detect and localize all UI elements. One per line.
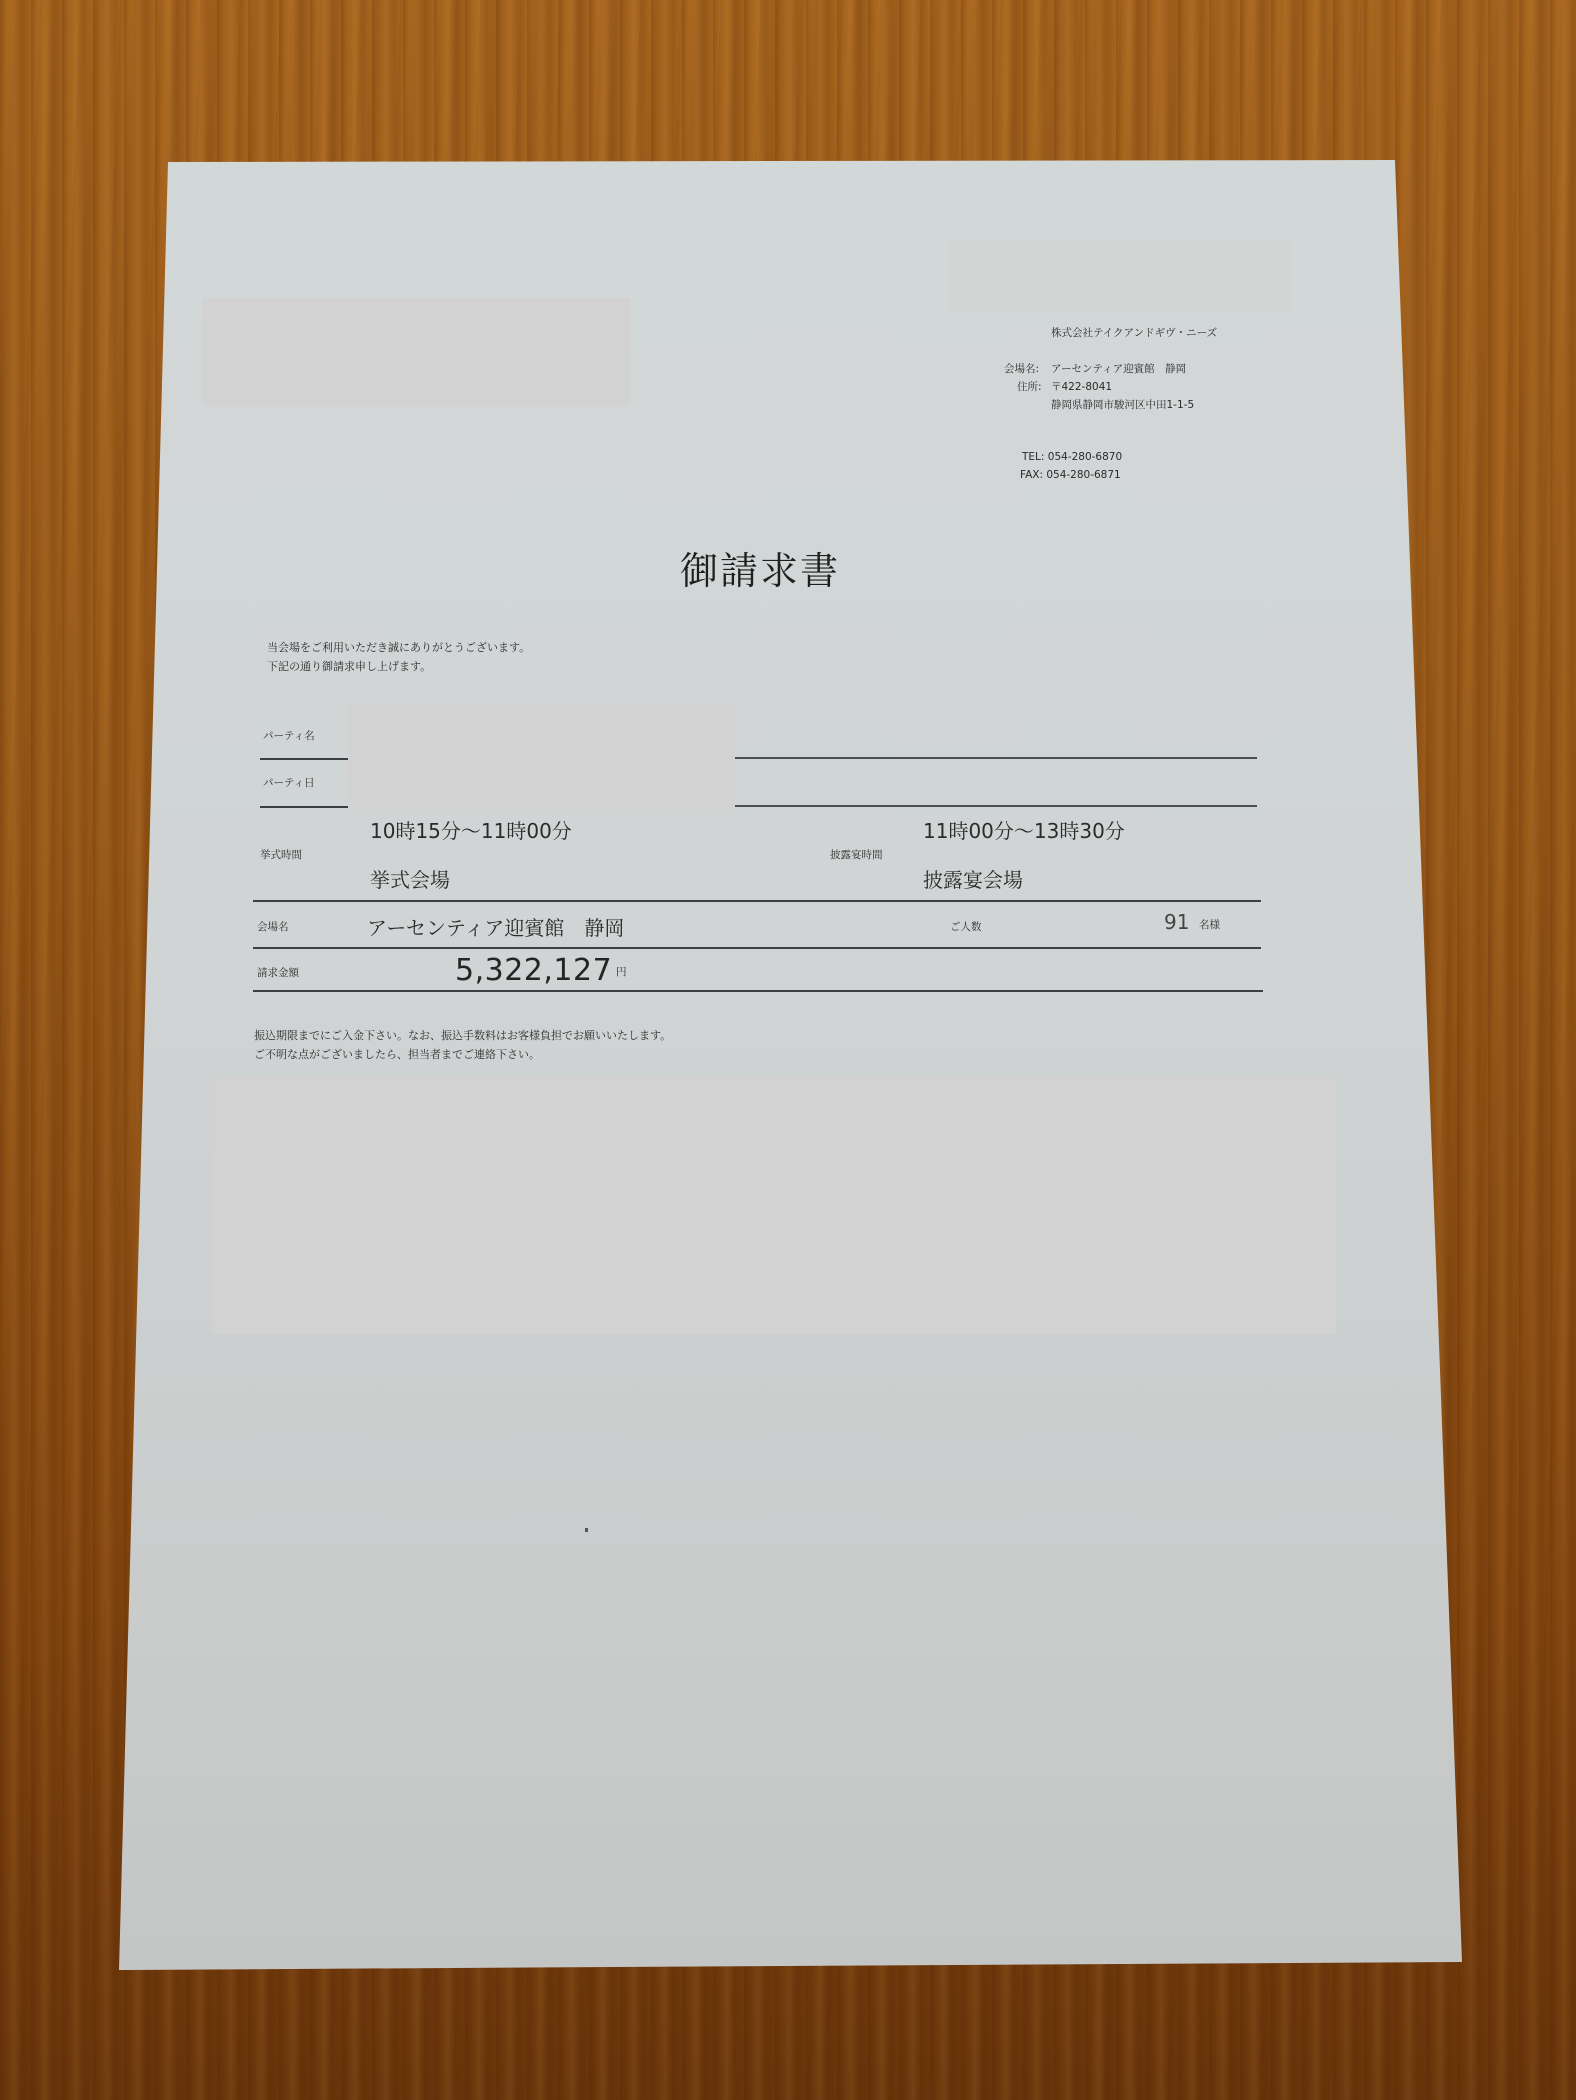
amount-label: 請求金額 xyxy=(257,965,299,980)
recipient-redaction xyxy=(203,298,630,405)
issuer-address: 静岡県静岡市駿河区中田1-1-5 xyxy=(1051,397,1194,412)
greeting-line-2: 下記の通り御請求申し上げます。 xyxy=(267,658,431,674)
guests-unit: 名様 xyxy=(1199,917,1220,932)
party-name-rule-right xyxy=(735,757,1257,759)
issuer-company: 株式会社テイクアンドギヴ・ニーズ xyxy=(1051,325,1217,340)
issuer-fax: FAX: 054-280-6871 xyxy=(1020,469,1121,481)
party-name-date-redaction xyxy=(347,705,735,810)
paper-speck xyxy=(585,1528,588,1532)
amount-unit: 円 xyxy=(616,964,627,979)
ceremony-time: 10時15分〜11時00分 xyxy=(370,815,572,844)
guests-count: 91 xyxy=(1164,910,1189,934)
reception-time-label: 披露宴時間 xyxy=(830,847,883,862)
issuer-address-label: 住所: xyxy=(1017,379,1042,394)
venue-rule xyxy=(253,947,1261,949)
party-date-rule-right xyxy=(735,805,1257,807)
bank-details-redaction xyxy=(212,1076,1336,1334)
venue-value: アーセンティア迎賓館 静岡 xyxy=(367,912,624,941)
reception-place: 披露宴会場 xyxy=(923,864,1023,893)
document-title: 御請求書 xyxy=(680,540,840,595)
party-date-rule-left xyxy=(260,806,348,808)
times-rule xyxy=(253,900,1261,902)
issuer-venue: アーセンティア迎賓館 静岡 xyxy=(1051,361,1186,376)
venue-label: 会場名 xyxy=(257,919,289,934)
ceremony-place: 挙式会場 xyxy=(370,864,450,893)
ceremony-time-label: 挙式時間 xyxy=(260,847,302,862)
note-line-2: ご不明な点がございましたら、担当者までご連絡下さい。 xyxy=(254,1046,540,1062)
issuer-postal-code: 〒422-8041 xyxy=(1051,379,1112,394)
greeting-line-1: 当会場をご利用いただき誠にありがとうございます。 xyxy=(267,639,530,655)
issuer-tel: TEL: 054-280-6870 xyxy=(1022,451,1122,463)
guests-label: ご人数 xyxy=(950,919,982,934)
reception-time: 11時00分〜13時30分 xyxy=(923,815,1125,844)
invoice-amount: 5,322,127 xyxy=(455,953,612,988)
invoice-document: 株式会社テイクアンドギヴ・ニーズ 会場名: アーセンティア迎賓館 静岡 住所: … xyxy=(0,0,1576,2100)
note-line-1: 振込期限までにご入金下さい。なお、振込手数料はお客様負担でお願いいたします。 xyxy=(254,1027,671,1043)
party-name-rule-left xyxy=(260,758,348,760)
amount-rule xyxy=(253,990,1263,992)
party-date-label: パーティ日 xyxy=(263,775,315,790)
issuer-header-redaction xyxy=(950,240,1290,312)
issuer-venue-label: 会場名: xyxy=(1004,361,1039,376)
party-name-label: パーティ名 xyxy=(263,728,315,743)
